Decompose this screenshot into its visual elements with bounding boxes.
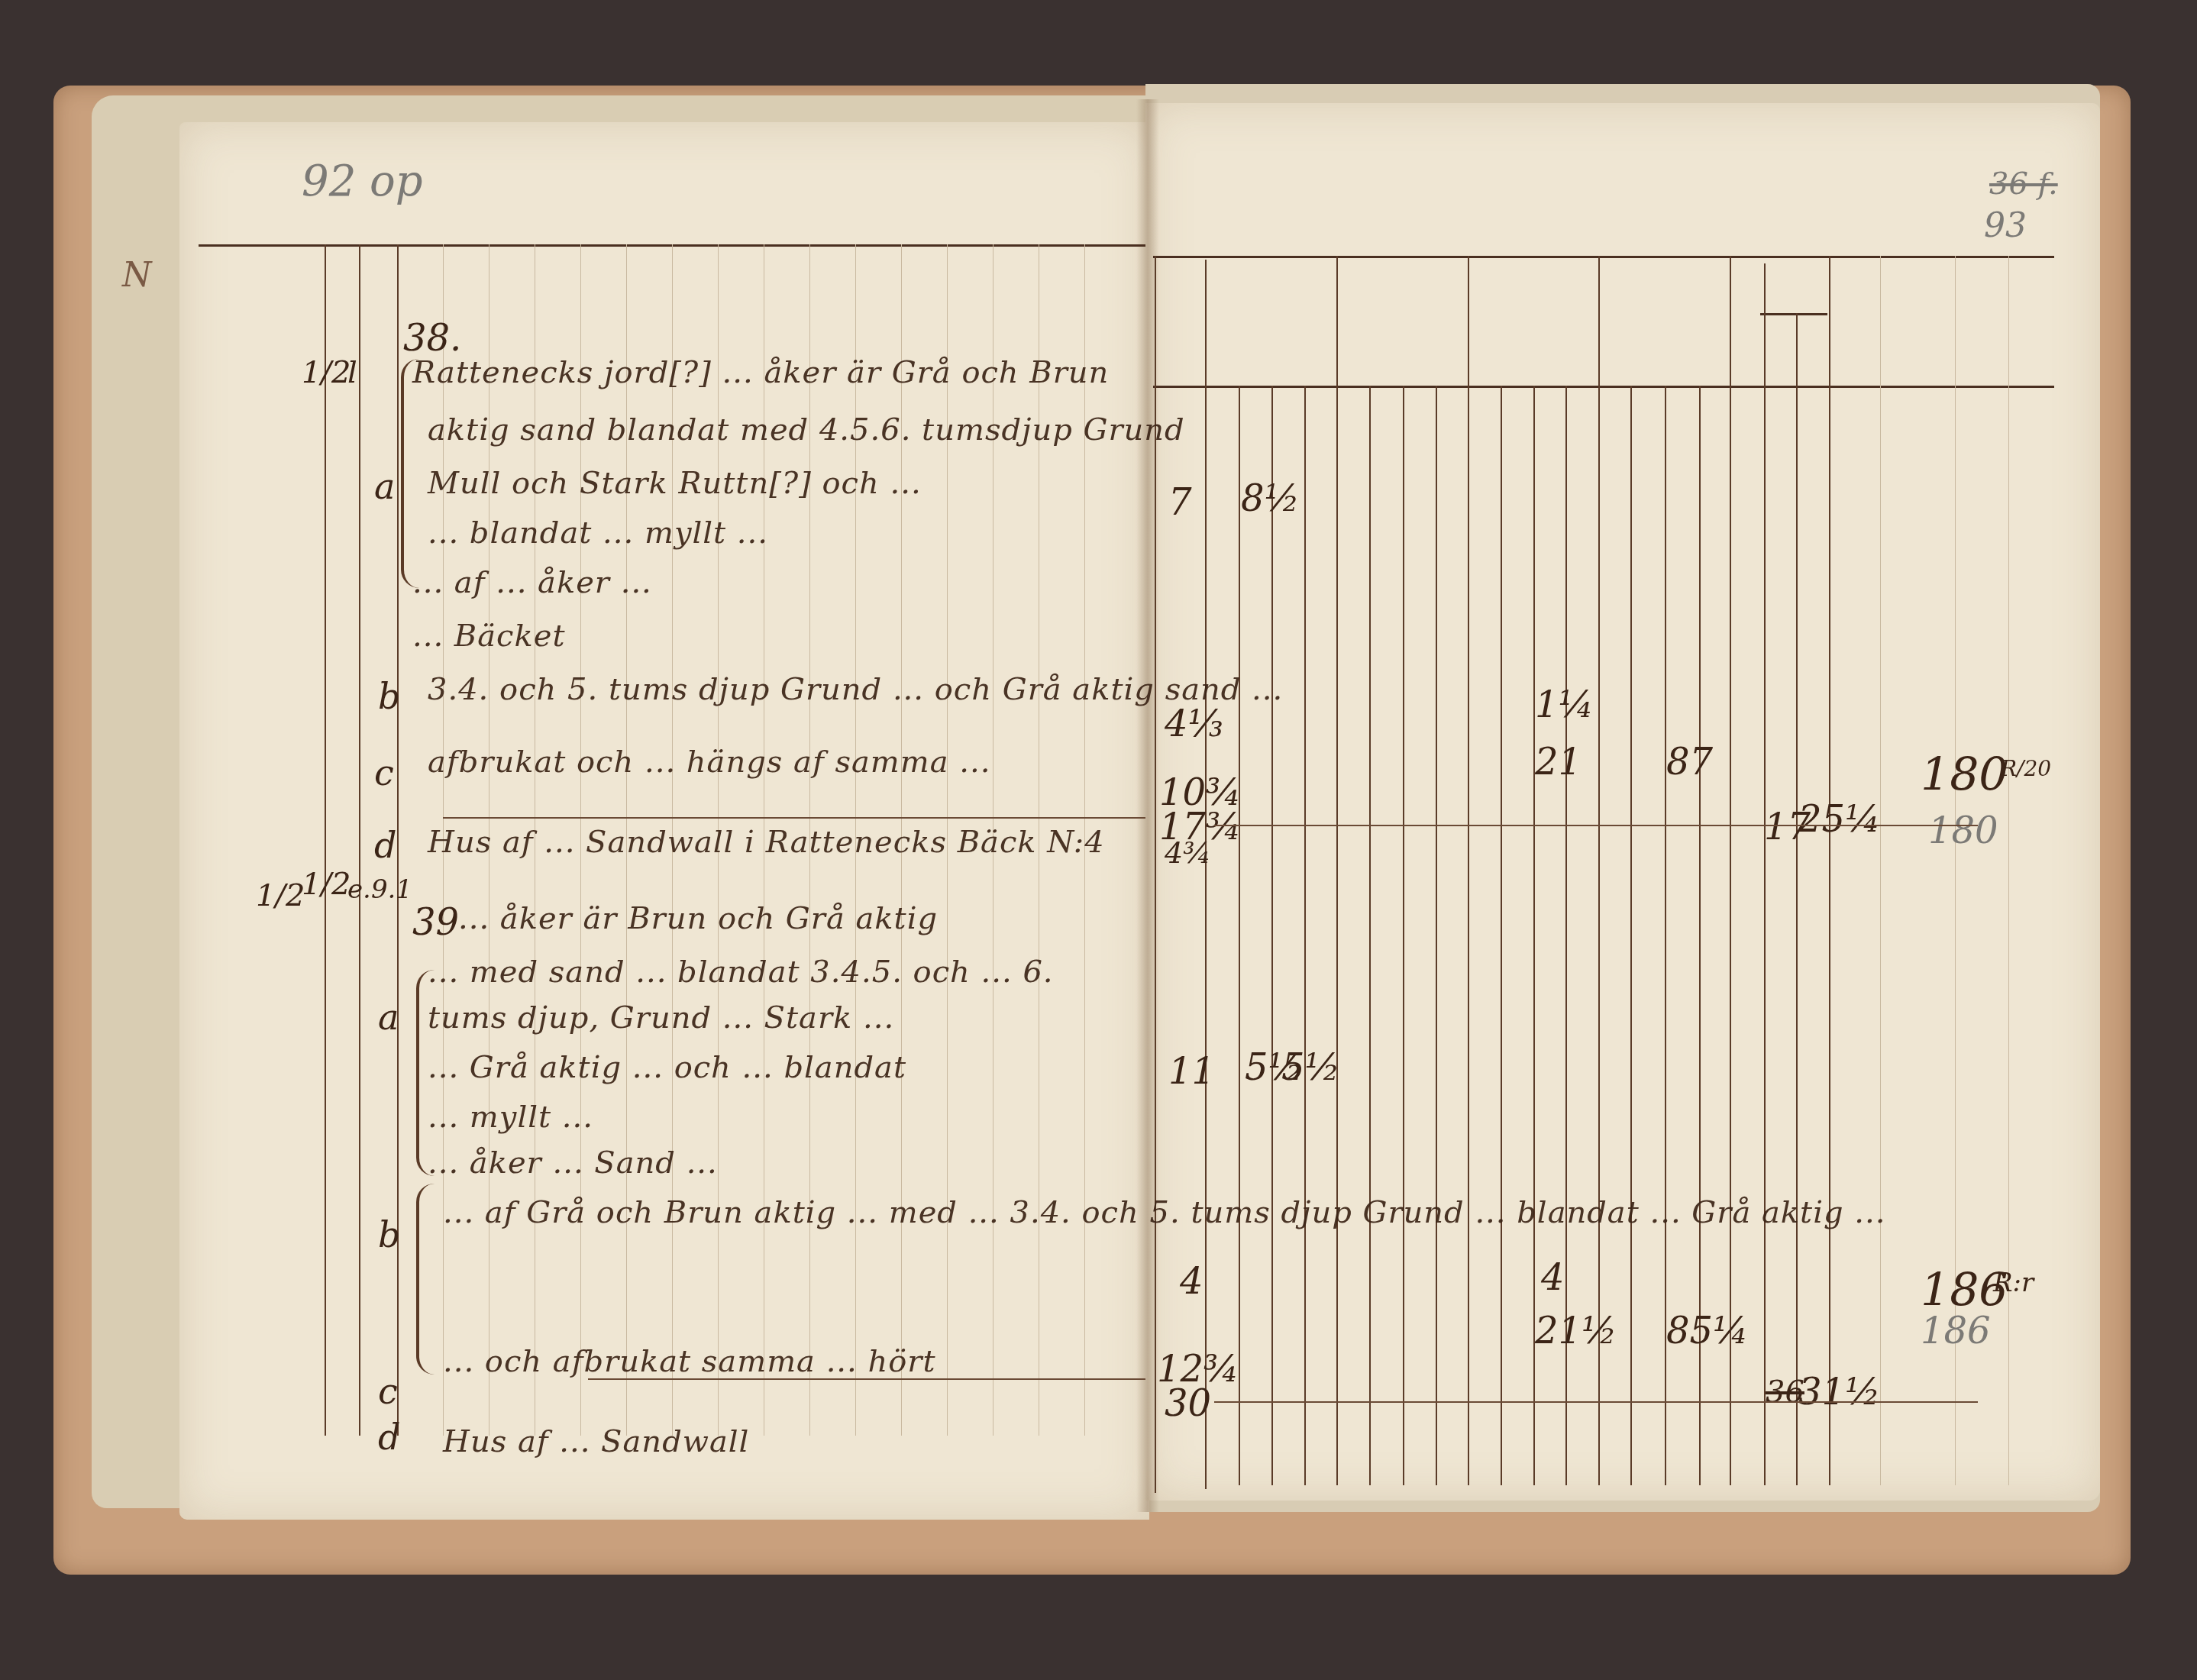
entry-line: ... myllt ...: [428, 1100, 593, 1135]
value-cell: 4⅓: [1165, 703, 1223, 745]
entry-line: ... åker ... Sand ...: [428, 1145, 718, 1181]
sum-pencil: 180: [1928, 809, 1998, 852]
value-cell: 30: [1165, 1382, 1211, 1425]
margin-fraction: l: [347, 355, 357, 390]
entry-line: tums djup, Grund ... Stark ...: [428, 1000, 894, 1035]
item-letter: d: [378, 1417, 400, 1458]
value-cell: 7: [1168, 481, 1192, 524]
value-cell: 8½: [1241, 477, 1300, 520]
entry-separator: [1214, 825, 1978, 826]
total-cell: 31½: [1798, 1371, 1881, 1413]
total-cell: 25¼: [1798, 798, 1881, 841]
entry-line: ... Grå aktig ... och ... blandat: [428, 1050, 906, 1085]
value-cell: 4¾: [1165, 836, 1211, 870]
entry-number: 38.: [403, 317, 461, 360]
item-text: afbrukat och ... hängs af samma ...: [428, 745, 990, 780]
sum-unit: R:r: [1993, 1268, 2034, 1298]
entry-brace: [401, 359, 419, 588]
item-letter: d: [374, 825, 396, 866]
item-text: Hus af ... Sandwall: [443, 1424, 749, 1459]
item-letter: b: [378, 1214, 400, 1255]
entry-line: aktig sand blandat med 4.5.6. tumsdjup G…: [428, 412, 1185, 447]
item-text: ... och afbrukat samma ... hört: [443, 1344, 936, 1379]
item-text: 3.4. och 5. tums djup Grund ... och Grå …: [428, 672, 1283, 707]
item-text: ... af Grå och Brun aktig ... med ... 3.…: [443, 1195, 1885, 1230]
value-cell: 11: [1168, 1050, 1215, 1093]
value-cell: 85¼: [1666, 1310, 1749, 1352]
entry-number: 39: [412, 901, 459, 944]
entry-separator: [443, 817, 1145, 819]
item-text: Hus af ... Sandwall i Rattenecks Bäck N:…: [428, 825, 1105, 860]
right-folio-struck: 36 f.: [1989, 166, 2058, 202]
column-rule: [397, 244, 399, 1436]
value-cell: 87: [1666, 741, 1713, 783]
subheader-rule-right: [1153, 386, 2054, 388]
entry-line: ... blandat ... myllt ...: [428, 515, 768, 551]
margin-prefix: e.9.1: [347, 874, 412, 905]
margin-fraction: 1/2: [302, 867, 351, 902]
entry-line: Mull och Stark Ruttn[?] och ...: [428, 466, 922, 501]
entry-line: ... med sand ... blandat 3.4.5. och ... …: [428, 955, 1054, 990]
entry-separator: [1214, 1401, 1978, 1403]
value-cell: 5½: [1281, 1046, 1340, 1089]
item-letter: a: [378, 997, 399, 1038]
entry-separator: [588, 1378, 1145, 1380]
header-box-rule: [1760, 313, 1827, 315]
margin-mark-top: N: [122, 256, 152, 295]
item-letter: a: [374, 466, 395, 507]
column-rule: [325, 244, 326, 1436]
sum-unit: R/20: [2001, 756, 2051, 781]
entry-line: ... af ... åker ...: [412, 565, 652, 600]
item-letter: c: [374, 752, 394, 793]
sum-value: 180: [1921, 748, 2008, 802]
value-cell: 21: [1535, 741, 1582, 783]
entry-line: ... Bäcket: [412, 619, 566, 654]
margin-fraction: 1/2: [256, 878, 305, 913]
value-cell: 1¼: [1535, 683, 1594, 726]
right-folio-number: 93: [1984, 206, 2027, 245]
left-folio-number: 92 op: [302, 157, 423, 206]
value-cell: 21½: [1535, 1310, 1617, 1352]
sum-pencil: 186: [1921, 1310, 1991, 1352]
column-rule: [359, 244, 360, 1436]
value-cell: 4: [1180, 1260, 1204, 1303]
item-letter: b: [378, 676, 400, 717]
item-letter: c: [378, 1371, 398, 1412]
entry-line: Rattenecks jord[?] ... åker är Grå och B…: [412, 355, 1109, 390]
entry-line: ... åker är Brun och Grå aktig: [458, 901, 938, 936]
header-rule-right: [1153, 256, 2054, 258]
margin-fraction: 1/2: [302, 355, 351, 390]
entry-brace: [416, 970, 435, 1176]
value-cell: 4: [1541, 1256, 1565, 1299]
entry-brace: [416, 1184, 435, 1375]
